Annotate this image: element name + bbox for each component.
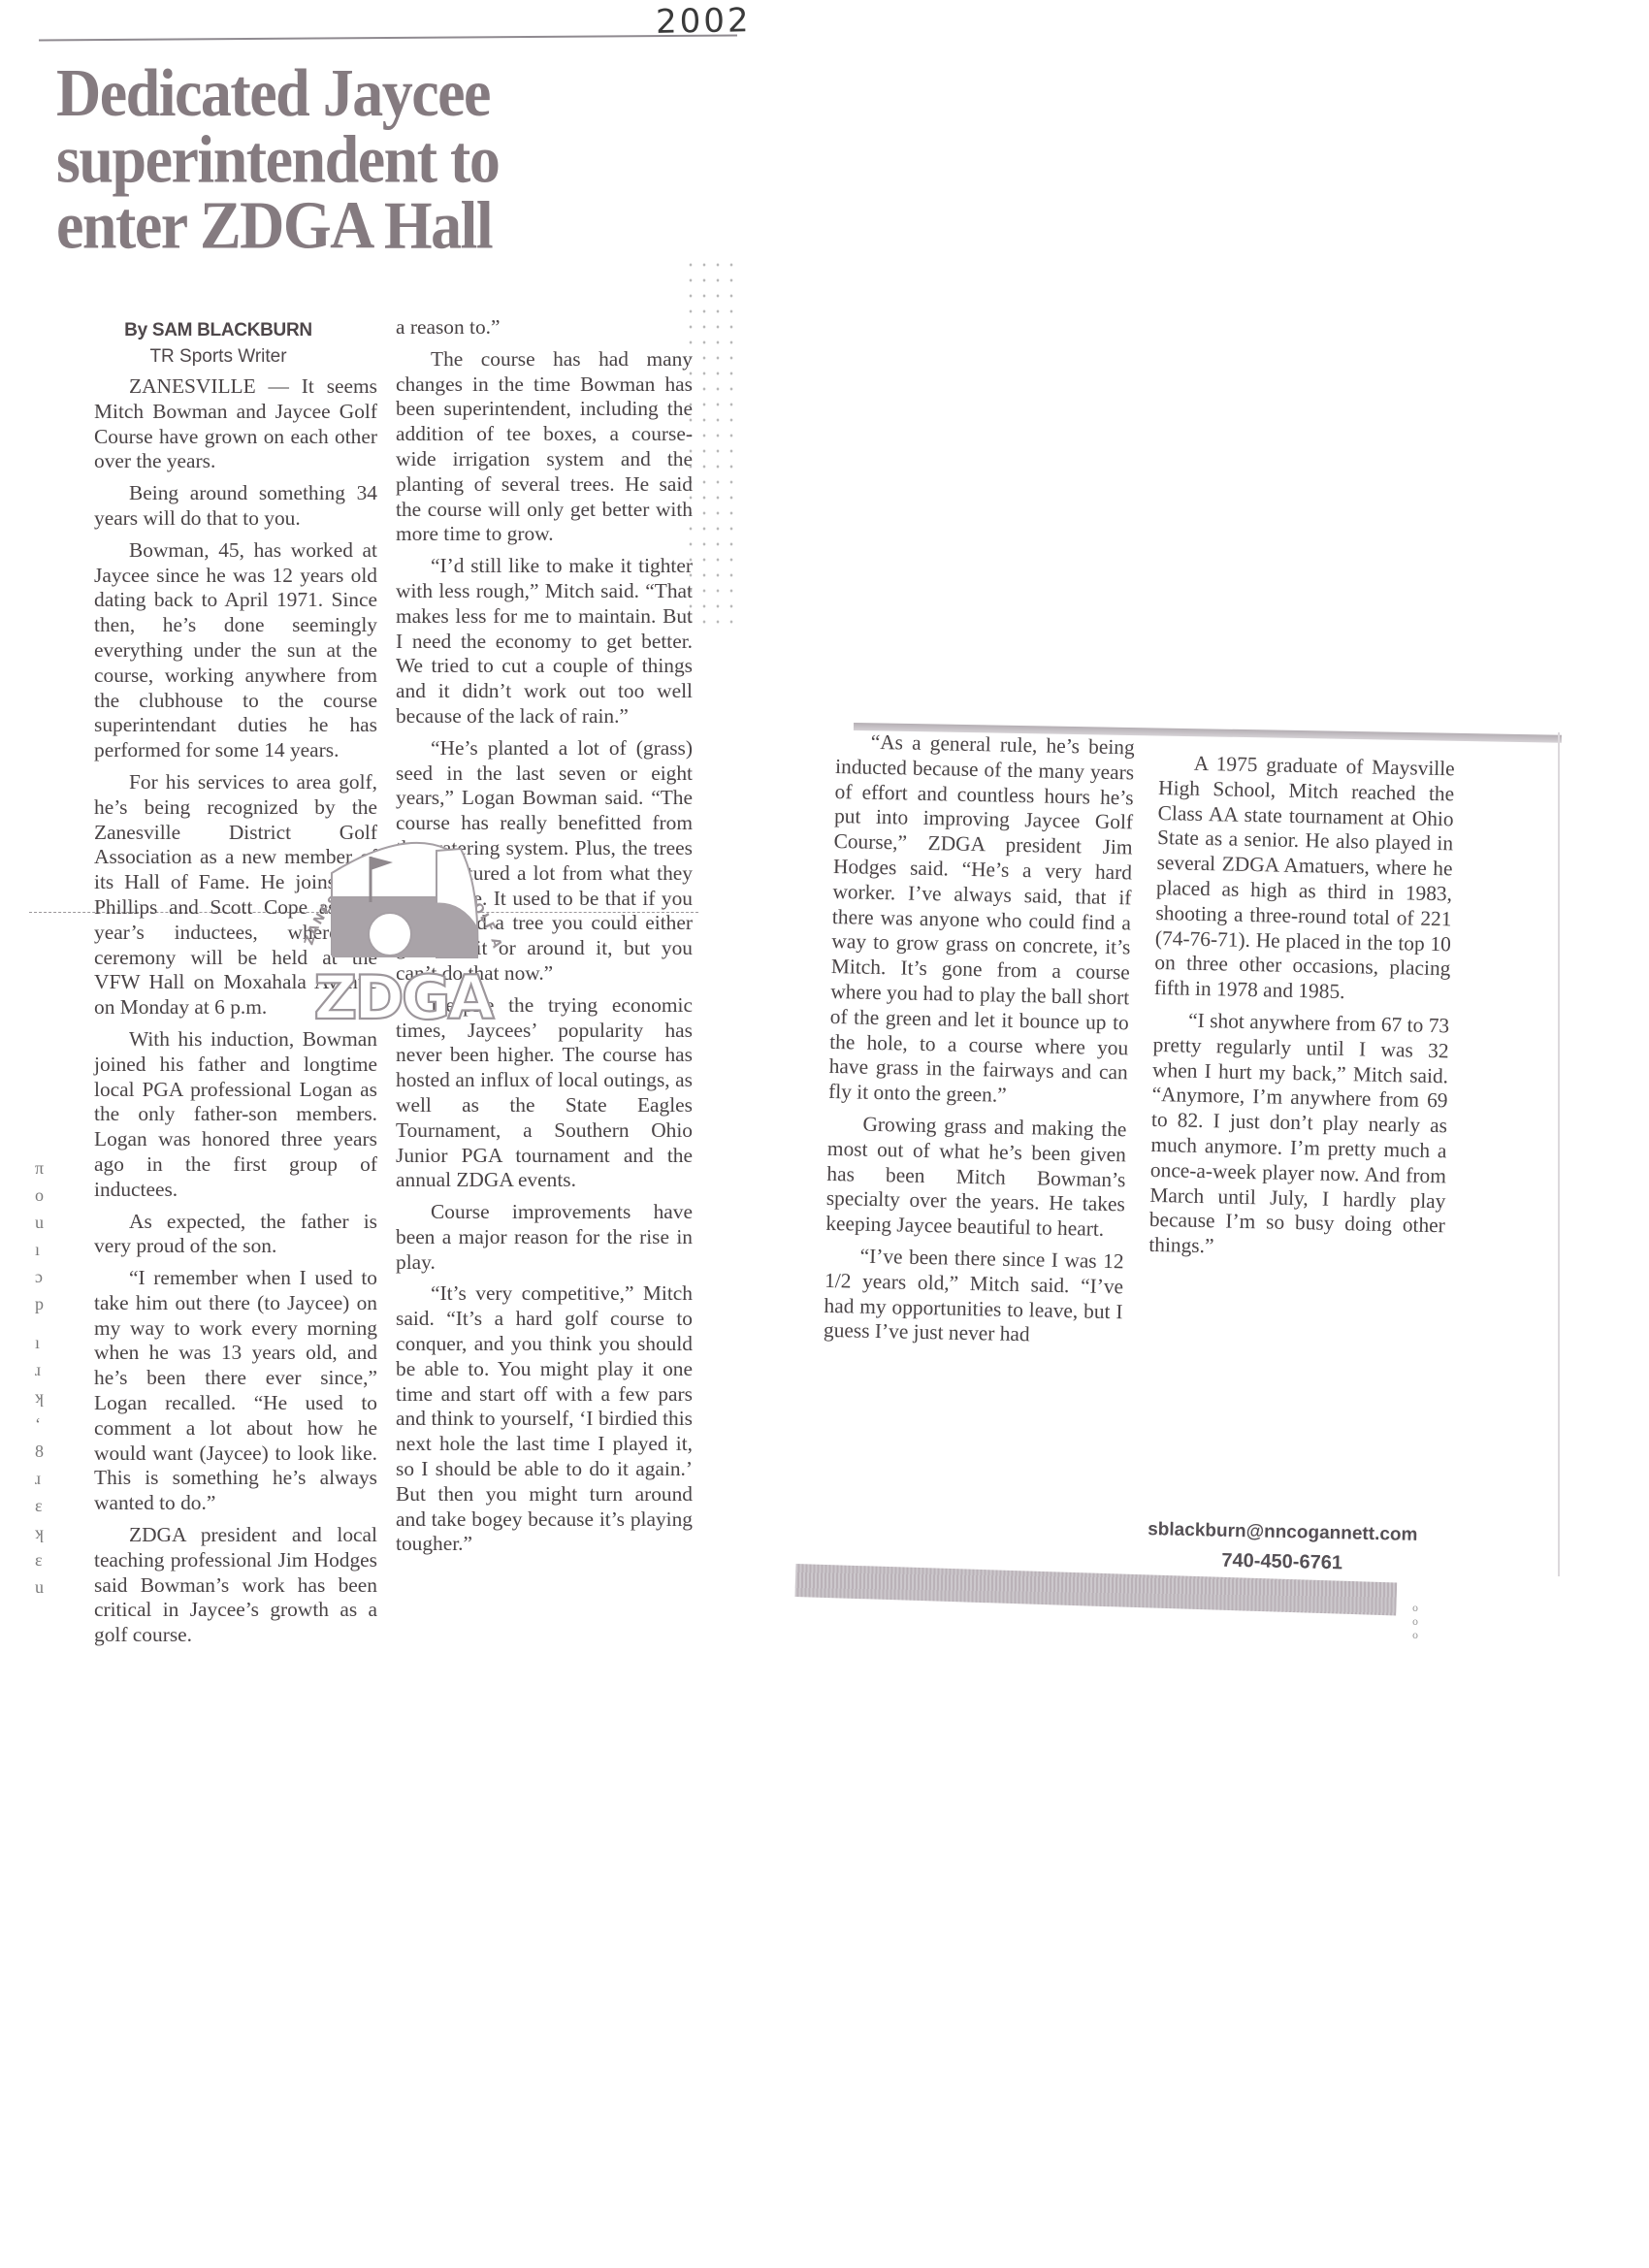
byline: By SAM BLACKBURN TR Sports Writer	[112, 317, 325, 370]
mark: ‘	[35, 1410, 64, 1438]
author-name: By SAM BLACKBURN	[112, 317, 325, 343]
mark: u	[35, 1209, 64, 1236]
mark: ɹ	[35, 1356, 64, 1383]
paragraph: “I’d still like to make it tighter with …	[396, 554, 693, 729]
mark: o	[35, 1182, 64, 1209]
paragraph: Being around something 34 years will do …	[94, 481, 377, 532]
author-contact: sblackburn@nncogannett.com 740-450-6761	[1136, 1515, 1428, 1579]
mark: ɹ	[35, 1465, 64, 1492]
mark: ı	[35, 1236, 64, 1263]
bleed-through-marks: π o u ı ɔ p ı ɹ ʞ ‘ 8 ɹ ɛ ʞ ɛ u	[35, 1154, 64, 1601]
mark: ɔ	[35, 1263, 64, 1290]
paragraph: ZANESVILLE — It seems Mitch Bowman and J…	[94, 374, 377, 474]
paragraph: ZDGA president and local teaching profes…	[94, 1523, 377, 1648]
article-column-4: A 1975 graduate of Maysville High School…	[1148, 751, 1455, 1271]
clipping-top-rule	[39, 34, 737, 41]
paragraph: “I shot anywhere from 67 to 73 pretty re…	[1148, 1008, 1449, 1264]
paragraph: Course improvements have been a major re…	[396, 1200, 693, 1275]
mark: ʞ	[35, 1383, 64, 1410]
mark: ʞ	[35, 1519, 64, 1546]
paragraph: “I’ve been there since I was 12 1/2 year…	[824, 1244, 1124, 1350]
golf-flag-icon: ZANESVILLE DISTRICT GOLF ASSOCIATION ZDG…	[291, 781, 514, 1033]
mark: p	[35, 1290, 64, 1317]
mark: ɛ	[35, 1492, 64, 1519]
paragraph: “I remember when I used to take him out …	[94, 1266, 377, 1516]
mark: π	[35, 1154, 64, 1182]
mark: 8	[35, 1438, 64, 1465]
paragraph: A 1975 graduate of Maysville High School…	[1154, 751, 1455, 1007]
paragraph: Bowman, 45, has worked at Jaycee since h…	[94, 538, 377, 763]
paragraph: The course has had many changes in the t…	[396, 347, 693, 547]
mark: u	[35, 1573, 64, 1601]
paragraph: With his induction, Bowman joined his fa…	[94, 1027, 377, 1203]
article-column-3: “As a general rule, he’s being inducted …	[824, 729, 1135, 1356]
author-title: TR Sports Writer	[112, 343, 325, 370]
paragraph: “As a general rule, he’s being inducted …	[828, 729, 1135, 1111]
paragraph: a reason to.”	[396, 315, 693, 340]
halftone-dots	[684, 257, 742, 626]
paragraph: As expected, the father is very proud of…	[94, 1210, 377, 1260]
binder-hole-dots: ooo	[1412, 1603, 1422, 1643]
mark: ı	[35, 1329, 64, 1356]
author-email: sblackburn@nncogannett.com	[1137, 1515, 1429, 1550]
paragraph: Growing grass and making the most out of…	[825, 1112, 1127, 1243]
paragraph: “It’s very competitive,” Mitch said. “It…	[396, 1281, 693, 1557]
article-headline: Dedicated Jaycee superintendent to enter…	[56, 60, 638, 259]
zdga-logo: ZANESVILLE DISTRICT GOLF ASSOCIATION ZDG…	[291, 781, 514, 1033]
mark: ɛ	[35, 1546, 64, 1573]
clipping-right-edge	[1558, 732, 1560, 1576]
logo-wordmark: ZDGA	[313, 962, 494, 1033]
author-phone: 740-450-6761	[1136, 1544, 1428, 1579]
